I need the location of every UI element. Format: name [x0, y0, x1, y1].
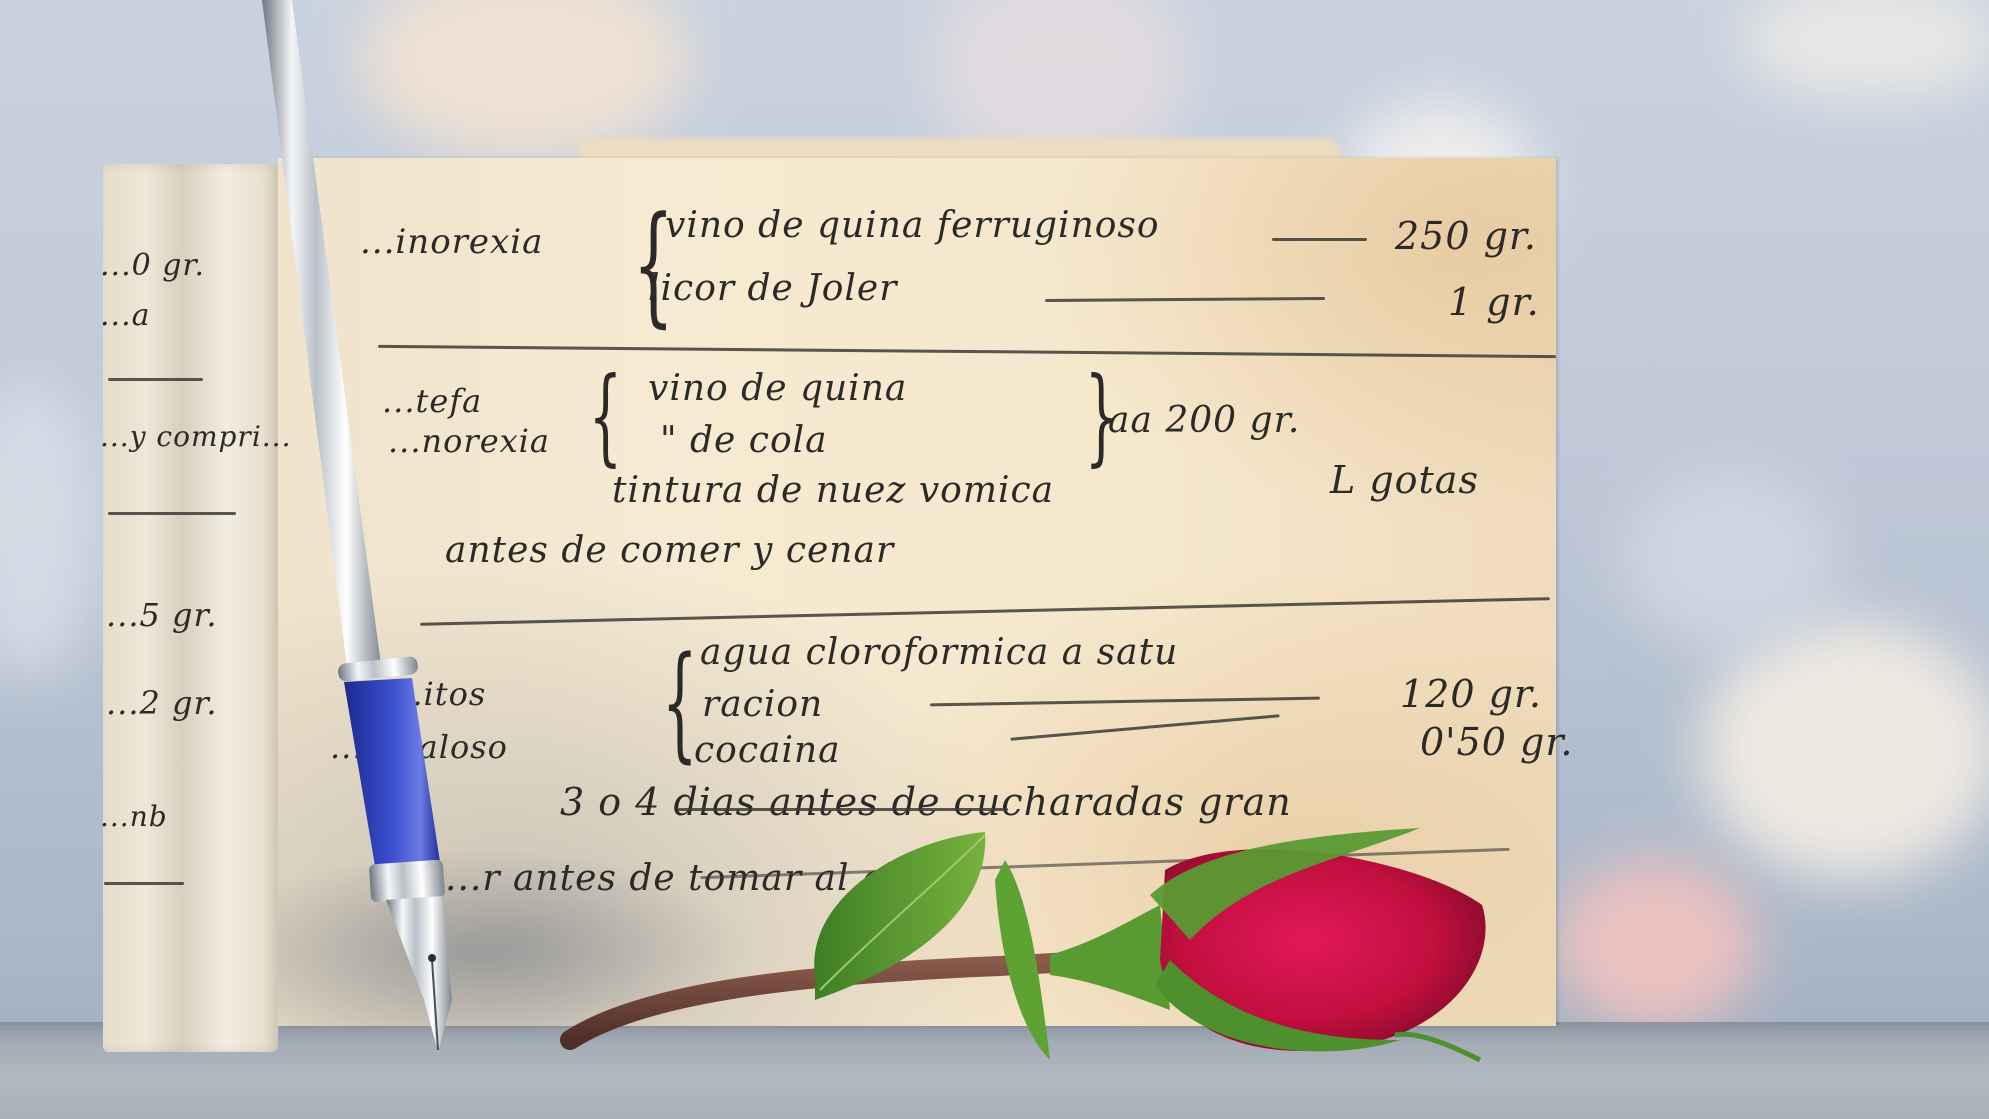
- ink-dash: [108, 378, 203, 381]
- handwriting-line: vino de quina: [648, 368, 907, 409]
- bokeh-light: [1740, 0, 1989, 100]
- handwriting-amount: L gotas: [1330, 458, 1479, 502]
- handwriting-amount: 0'50 gr.: [1420, 720, 1573, 764]
- handwriting-line: cocaina: [694, 730, 841, 771]
- bokeh-light: [1620, 470, 1840, 650]
- brace: {: [589, 355, 622, 477]
- handwriting-label: ...tefa: [382, 382, 482, 420]
- handwriting-amount: 250 gr.: [1395, 214, 1537, 258]
- spine-fragment: ...0 gr.: [100, 248, 205, 283]
- handwriting-line: tintura de nuez vomica: [612, 470, 1054, 511]
- bokeh-light: [1555, 860, 1755, 1030]
- handwriting-line: vino de quina ferruginoso: [665, 205, 1160, 246]
- ink-dash: [108, 512, 236, 515]
- handwriting-line: " de cola: [660, 420, 828, 461]
- handwriting-label: ...ercaloso: [330, 728, 508, 766]
- spine-fragment: ...a: [100, 298, 151, 333]
- handwriting-amount: 1 gr.: [1448, 280, 1540, 324]
- bokeh-light: [1700, 620, 1989, 880]
- handwriting-label: ...itos: [390, 675, 486, 713]
- handwriting-note: ...r antes de tomar al ali...: [445, 858, 947, 899]
- handwriting-line: licor de Joler: [648, 268, 897, 309]
- spine-fragment: ...5 gr.: [106, 596, 217, 634]
- ink-dash: [1272, 238, 1367, 241]
- table-surface: [0, 1025, 1989, 1119]
- ink-dash: [104, 882, 184, 885]
- handwriting-line: agua cloroformica a satu: [700, 632, 1178, 673]
- spine-fragment: ...y compri...: [100, 420, 291, 453]
- brace: {: [662, 630, 698, 775]
- strike-line: [678, 808, 1008, 811]
- handwriting-amount: 120 gr.: [1400, 672, 1542, 716]
- bokeh-light: [0, 380, 100, 680]
- handwriting-line: racion: [702, 684, 823, 725]
- bokeh-light: [360, 0, 690, 160]
- handwriting-note: antes de comer y cenar: [445, 530, 894, 571]
- handwriting-label: ...inorexia: [360, 222, 543, 262]
- handwriting-amount: aa 200 gr.: [1108, 400, 1300, 441]
- photo-scene: ...inorexia { vino de quina ferruginoso …: [0, 0, 1989, 1119]
- spine-fragment: ...2 gr.: [106, 684, 217, 722]
- handwriting-note: 3 o 4 dias antes de cucharadas gran: [560, 780, 1292, 824]
- spine-fragment: ...nb: [100, 800, 168, 833]
- handwriting-label: ...norexia: [388, 422, 550, 460]
